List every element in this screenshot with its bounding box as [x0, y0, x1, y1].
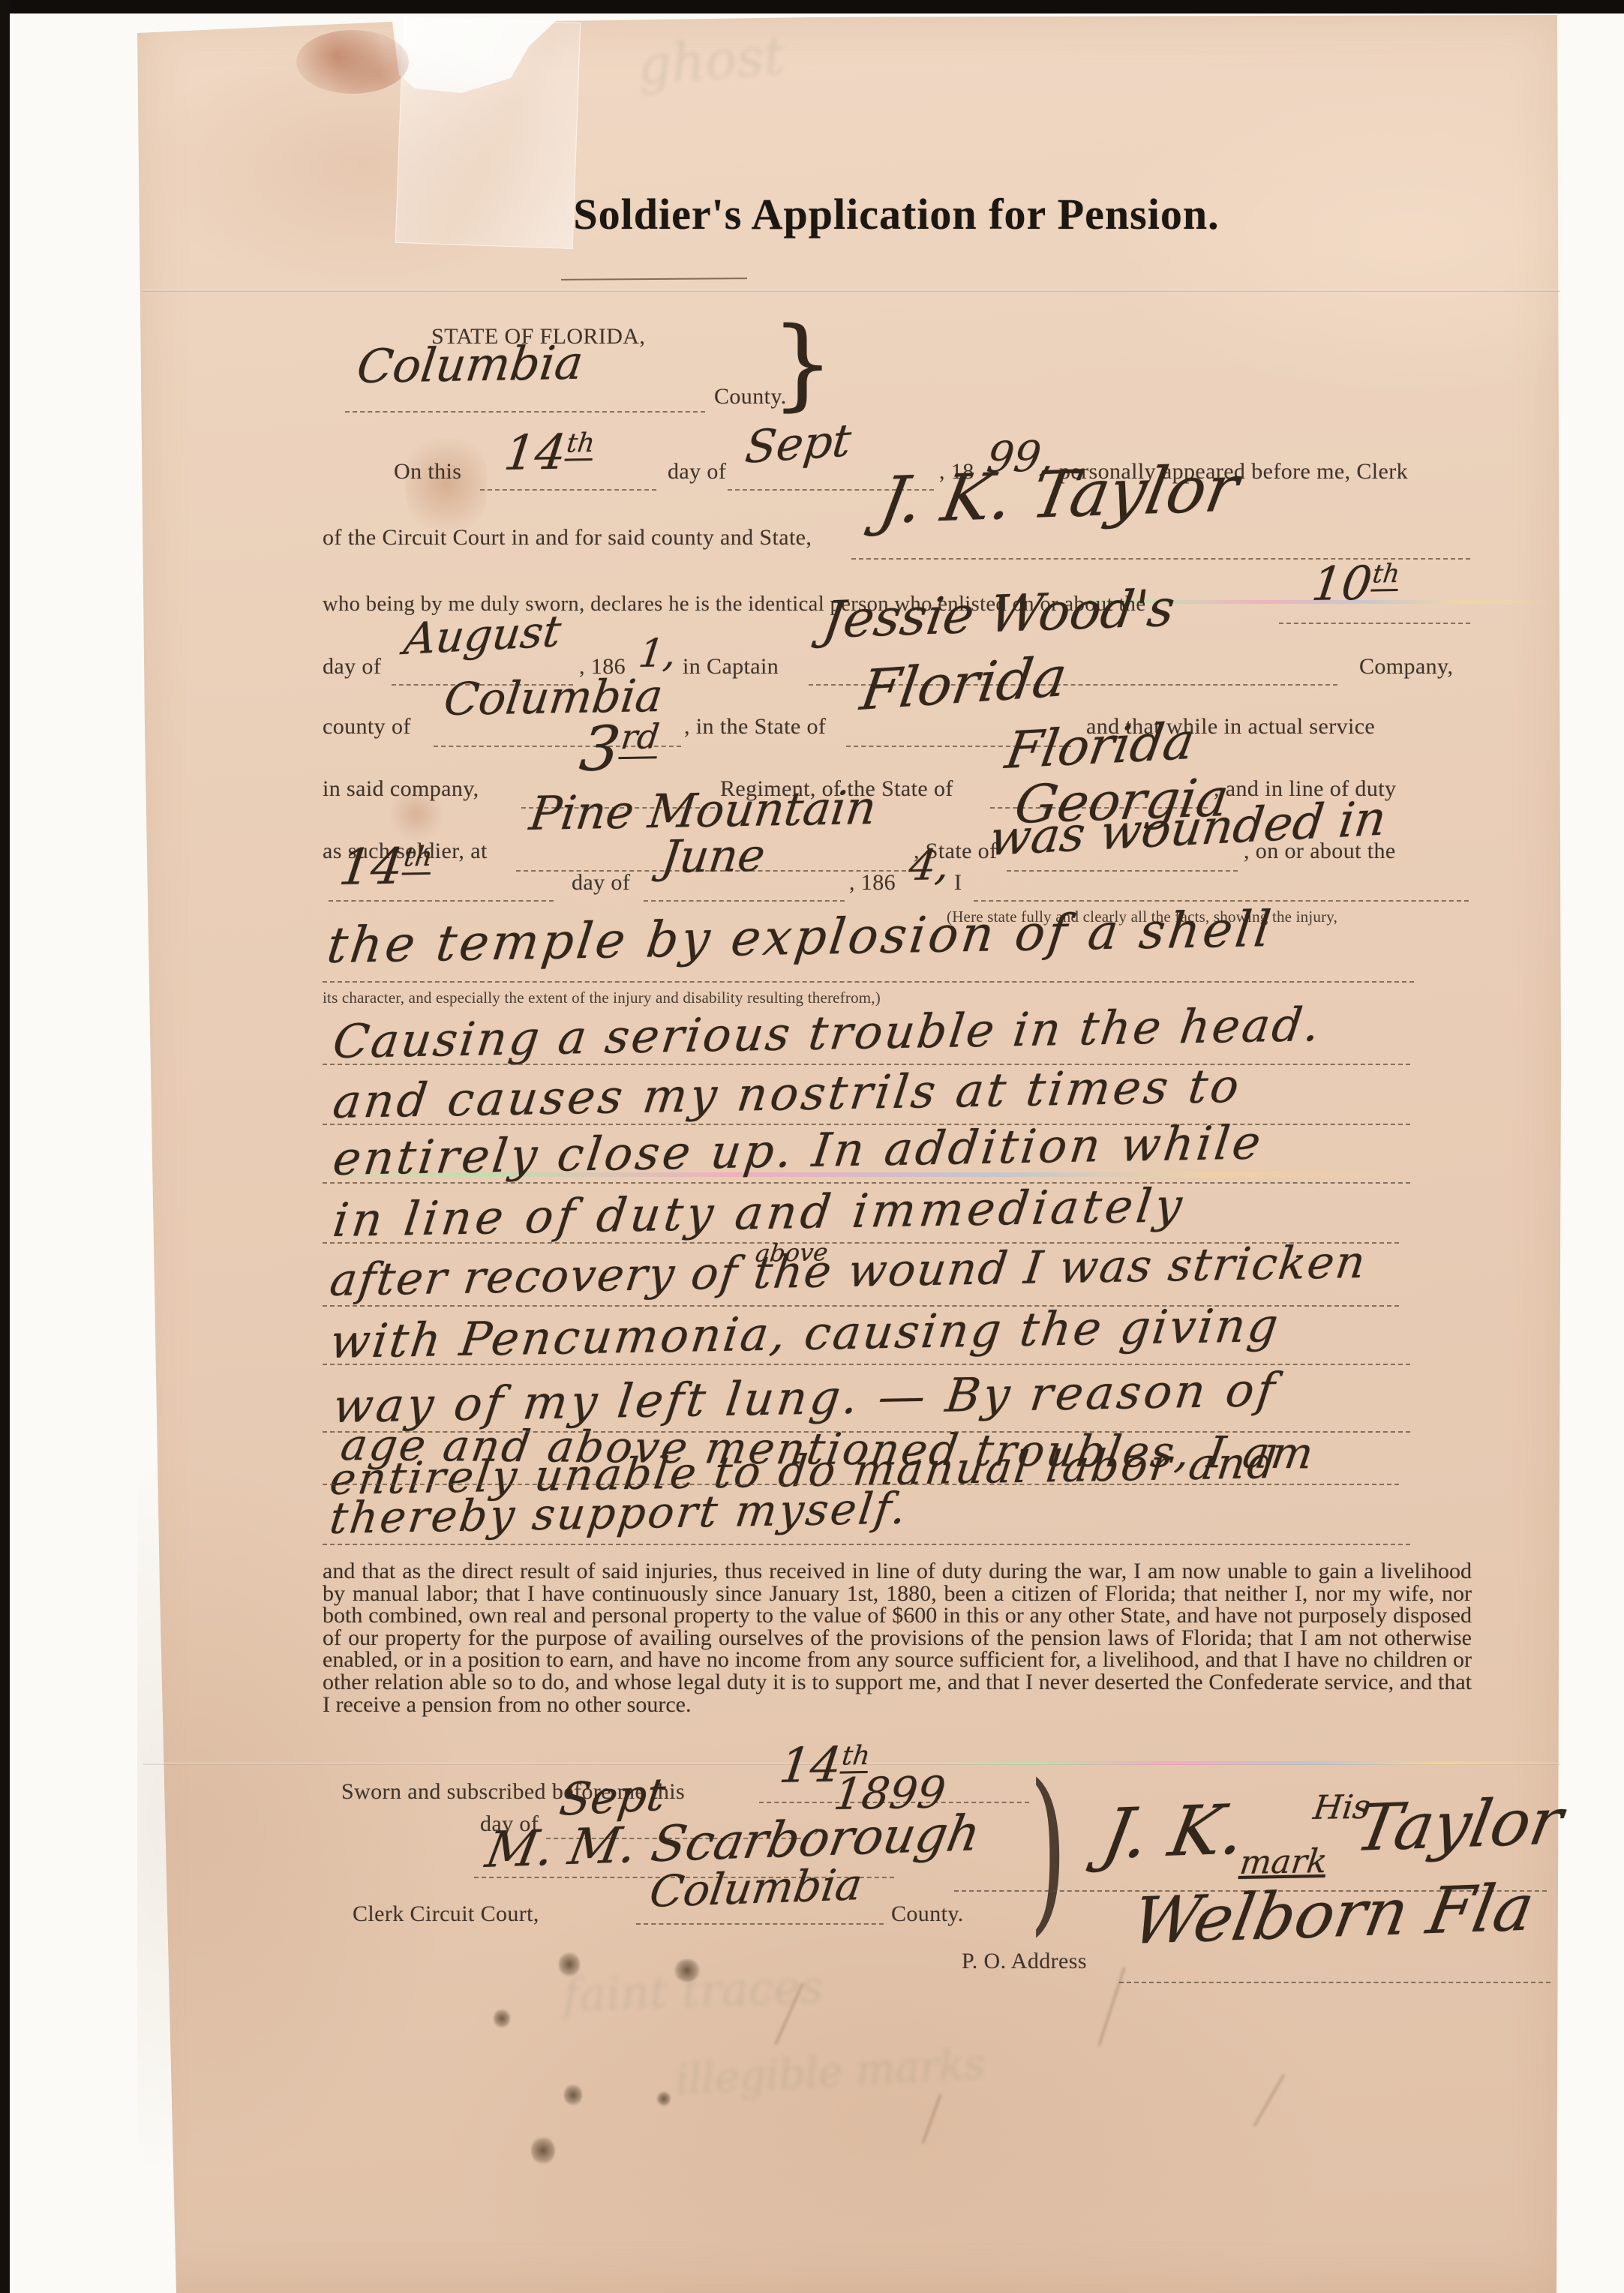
handwritten-po-address: Welborn Fla [1127, 1871, 1539, 1959]
printed-po-address: P. O. Address [962, 1949, 1087, 1974]
printed-circuit-court: of the Circuit Court in and for said cou… [323, 525, 812, 551]
handwritten-wound-month: June [659, 830, 768, 884]
printed-day-of3: day of [572, 870, 630, 896]
dotted-line [1119, 1982, 1550, 1983]
wound-statement-line: thereby support myself. [327, 1483, 911, 1544]
bleedthrough-writing: ghost [635, 25, 786, 96]
closing-bracket: ) [1029, 1748, 1067, 1952]
dotted-line [1279, 623, 1470, 624]
scanner-edge-left [0, 0, 10, 2293]
printed-in-captain: in Captain [683, 654, 779, 680]
printed-on-this: On this [394, 459, 461, 485]
printed-clerk-title: Clerk Circuit Court, [353, 1901, 539, 1927]
dotted-line [345, 411, 705, 413]
printed-186b: , 186 [849, 870, 896, 896]
handwritten-regiment-number: 3rd [576, 713, 662, 785]
handwritten-month: Sept [743, 414, 854, 474]
handwritten-day: 14th [501, 425, 597, 482]
handwritten-signature-initials: J. K. [1097, 1790, 1251, 1874]
printed-county-label2: County. [891, 1901, 964, 1927]
printed-day-of: day of [668, 459, 726, 485]
dotted-line [1007, 870, 1238, 872]
handwritten-mark: mark [1238, 1842, 1329, 1882]
handwritten-wound-year: 4, [906, 841, 953, 890]
curly-brace: } [771, 306, 834, 422]
handwritten-signature-surname: Taylor [1350, 1784, 1568, 1866]
fine-print-note-2: its character, and especially the extent… [323, 989, 881, 1007]
handwritten-county-heading: Columbia [354, 335, 586, 394]
document-title: Soldier's Application for Pension. [323, 189, 1470, 239]
ink-blot [494, 2009, 510, 2028]
bleedthrough-writing: faint traces [562, 1961, 824, 2022]
handwritten-captain: Jessie Wood's [819, 579, 1178, 650]
dotted-line [480, 489, 656, 491]
declaration-paragraph: and that as the direct result of said in… [323, 1560, 1472, 1715]
scanner-edge-top [0, 0, 1624, 14]
printed-company: Company, [1359, 654, 1453, 680]
ink-blot [564, 2084, 582, 2106]
handwritten-applicant-name: J. K. Taylor [874, 452, 1244, 539]
dotted-line [636, 1923, 884, 1925]
ink-blot [531, 2136, 555, 2165]
printed-county-of: county of [323, 714, 411, 740]
ink-blot [657, 2091, 671, 2106]
printed-in-said-company: in said company, [323, 776, 479, 802]
handwritten-enlist-day: 10th [1309, 555, 1402, 611]
handwritten-wound-day: 14th [336, 837, 435, 896]
dotted-line [323, 981, 1414, 983]
dotted-line [329, 900, 554, 902]
printed-day-of2: day of [323, 654, 381, 680]
handwritten-enlist-month: August [401, 605, 564, 665]
dotted-line [323, 1544, 1410, 1545]
printed-i: I [954, 870, 962, 896]
dotted-line [644, 900, 845, 902]
dotted-line [323, 1431, 1410, 1433]
handwritten-clerk-county: Columbia [647, 1859, 866, 1917]
printed-in-state-of: , in the State of [684, 714, 826, 740]
